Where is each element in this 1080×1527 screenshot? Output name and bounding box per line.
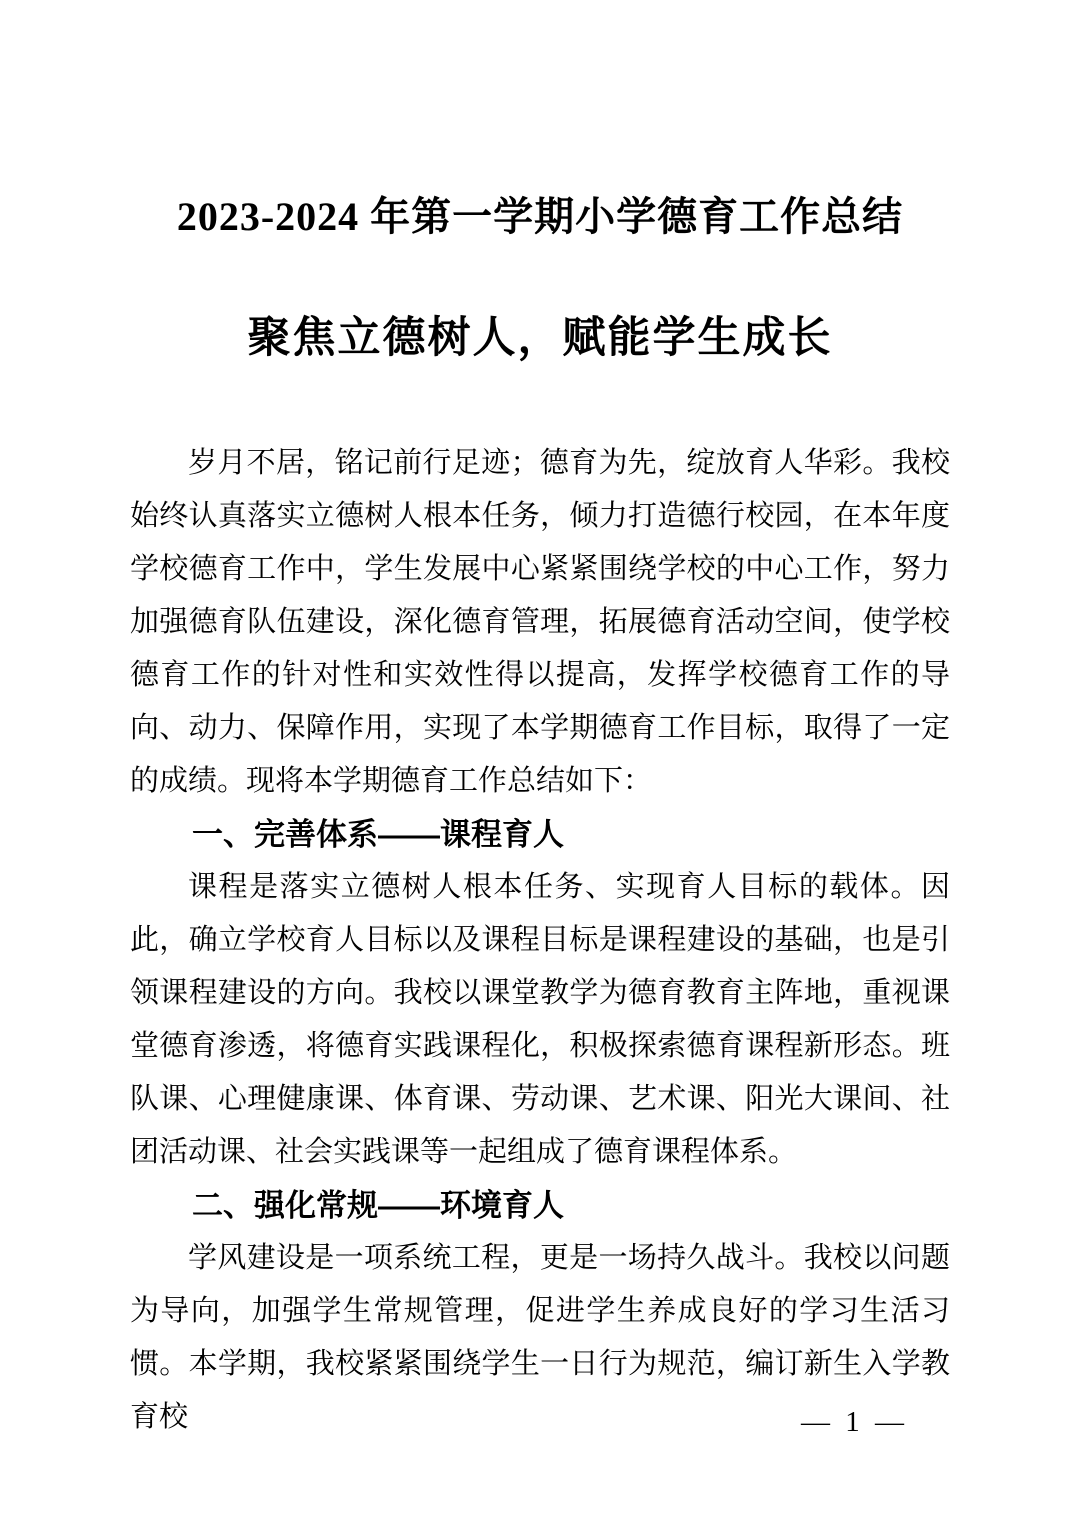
section-heading-1: 一、完善体系——课程育人 (130, 808, 950, 861)
paragraph-section-1: 课程是落实立德树人根本任务、实现育人目标的载体。因此，确立学校育人目标以及课程目… (130, 861, 950, 1179)
document-page: 2023-2024 年第一学期小学德育工作总结 聚焦立德树人，赋能学生成长 岁月… (0, 0, 1080, 1527)
paragraph-intro: 岁月不居，铭记前行足迹；德育为先，绽放育人华彩。我校始终认真落实立德树人根本任务… (130, 437, 950, 808)
section-heading-2: 二、强化常规——环境育人 (130, 1179, 950, 1232)
document-subtitle: 聚焦立德树人，赋能学生成长 (130, 313, 950, 365)
document-title: 2023-2024 年第一学期小学德育工作总结 (130, 193, 950, 241)
document-body: 岁月不居，铭记前行足迹；德育为先，绽放育人华彩。我校始终认真落实立德树人根本任务… (130, 437, 950, 1444)
page-number: — 1 — (801, 1406, 908, 1439)
